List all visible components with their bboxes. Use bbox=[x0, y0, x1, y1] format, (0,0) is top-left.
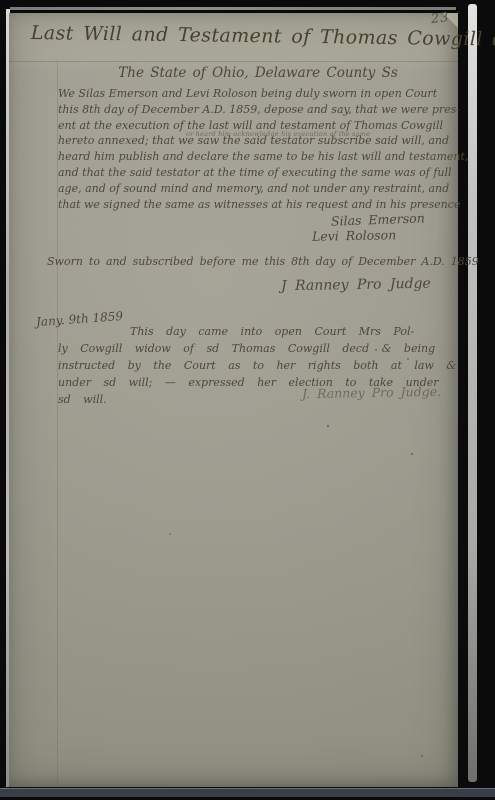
frame-edge-top bbox=[10, 7, 456, 10]
affidavit-line: or heard him acknowledge his execution o… bbox=[58, 133, 460, 149]
witness-signature-silas-emerson: Silas Emerson bbox=[331, 210, 425, 228]
entry-line: ly Cowgill widow of sd Thomas Cowgill de… bbox=[58, 340, 460, 357]
witness-signature-levi-roloson: Levi Roloson bbox=[312, 227, 396, 243]
interlineation-note: or heard him acknowledge his execution o… bbox=[186, 127, 370, 143]
affidavit-line: that we signed the same as witnesses at … bbox=[58, 197, 460, 213]
page-number: 23 bbox=[431, 10, 451, 27]
title-rule-line bbox=[9, 61, 458, 62]
judge-signature-entry: J. Ranney Pro Judge. bbox=[302, 384, 441, 401]
affidavit-heading: The State of Ohio, Delaware County Ss bbox=[59, 65, 457, 81]
affidavit-body: We Silas Emerson and Levi Roloson being … bbox=[58, 86, 460, 212]
jurat-line: Sworn to and subscribed before me this 8… bbox=[47, 255, 479, 268]
judge-signature: J Ranney Pro Judge bbox=[281, 276, 431, 295]
affidavit-line: heard him publish and declare the same t… bbox=[58, 149, 460, 165]
book-edge-strip bbox=[468, 4, 477, 782]
ledger-photograph: 23 Last Will and Testament of Thomas Cow… bbox=[0, 0, 495, 800]
document-title: Last Will and Testament of Thomas Cowgil… bbox=[31, 22, 463, 50]
affidavit-line: this 8th day of December A.D. 1859, depo… bbox=[58, 102, 460, 118]
affidavit-line: We Silas Emerson and Levi Roloson being … bbox=[58, 86, 460, 102]
ledger-page: 23 Last Will and Testament of Thomas Cow… bbox=[9, 13, 458, 787]
affidavit-line: and that the said testator at the time o… bbox=[58, 165, 460, 181]
frame-edge-bottom bbox=[0, 789, 495, 797]
affidavit-line: age, and of sound mind and memory, and n… bbox=[58, 181, 460, 197]
paper-specks bbox=[9, 13, 11, 15]
entry-line: This day came into open Court Mrs Pol- bbox=[58, 323, 460, 340]
entry-line: instructed by the Court as to her rights… bbox=[58, 357, 460, 374]
